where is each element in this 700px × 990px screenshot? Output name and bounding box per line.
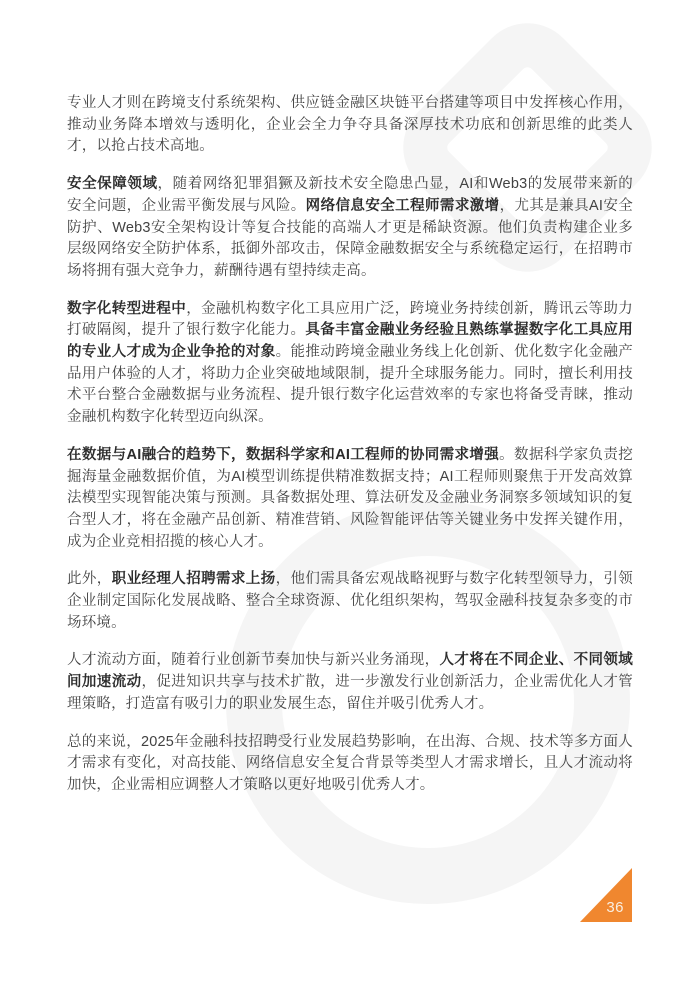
body-text: ，促进知识共享与技术扩散，进一步激发行业创新活力，企业需优化人才管理策略，打造富… bbox=[67, 674, 633, 712]
report-page-body: 专业人才则在跨境支付系统架构、供应链金融区块链平台搭建等项目中发挥核心作用，推动… bbox=[67, 93, 633, 813]
emphasis-text: 在数据与AI融合的趋势下，数据科学家和AI工程师的协同需求增强 bbox=[67, 447, 499, 463]
body-text: 人才流动方面，随着行业创新节奏加快与新兴业务涌现， bbox=[67, 652, 440, 668]
paragraph-4: 在数据与AI融合的趋势下，数据科学家和AI工程师的协同需求增强。数据科学家负责挖… bbox=[67, 445, 633, 554]
paragraph-2: 安全保障领域，随着网络犯罪猖獗及新技术安全隐患凸显，AI和Web3的发展带来新的… bbox=[67, 174, 633, 283]
paragraphs: 专业人才则在跨境支付系统架构、供应链金融区块链平台搭建等项目中发挥核心作用，推动… bbox=[67, 93, 633, 797]
body-text: 总的来说，2025年金融科技招聘受行业发展趋势影响，在出海、合规、技术等多方面人… bbox=[67, 734, 633, 793]
emphasis-text: 网络信息安全工程师需求激增 bbox=[306, 198, 500, 214]
page-number-tab: 36 bbox=[580, 868, 632, 922]
paragraph-1: 专业人才则在跨境支付系统架构、供应链金融区块链平台搭建等项目中发挥核心作用，推动… bbox=[67, 93, 633, 158]
paragraph-7: 总的来说，2025年金融科技招聘受行业发展趋势影响，在出海、合规、技术等多方面人… bbox=[67, 732, 633, 797]
paragraph-5: 此外，职业经理人招聘需求上扬，他们需具备宏观战略视野与数字化转型领导力，引领企业… bbox=[67, 569, 633, 634]
emphasis-text: 数字化转型进程中 bbox=[67, 301, 186, 317]
emphasis-text: 安全保障领域 bbox=[67, 176, 158, 192]
page-number: 36 bbox=[606, 899, 624, 916]
body-text: 此外， bbox=[67, 571, 112, 587]
paragraph-3: 数字化转型进程中，金融机构数字化工具应用广泛，跨境业务持续创新，腾讯云等助力打破… bbox=[67, 299, 633, 429]
body-text: 专业人才则在跨境支付系统架构、供应链金融区块链平台搭建等项目中发挥核心作用，推动… bbox=[67, 95, 633, 154]
paragraph-6: 人才流动方面，随着行业创新节奏加快与新兴业务涌现，人才将在不同企业、不同领域间加… bbox=[67, 650, 633, 715]
emphasis-text: 职业经理人招聘需求上扬 bbox=[112, 571, 276, 587]
